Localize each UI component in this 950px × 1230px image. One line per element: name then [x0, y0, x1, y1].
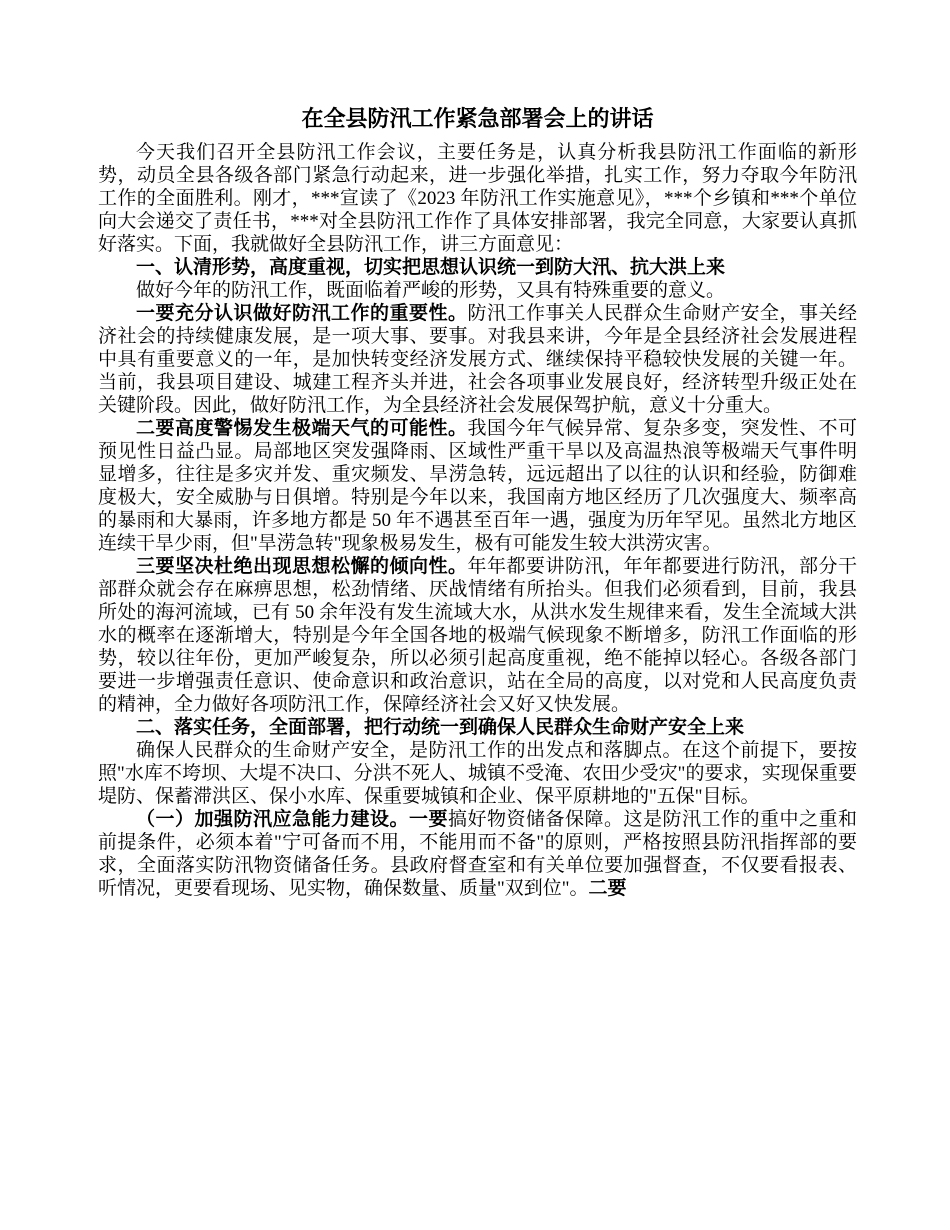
para-five-guarantees-text: 确保人民群众的生命财产安全，是防汛工作的出发点和落脚点。在这个前提下，要按照"水…	[98, 740, 857, 807]
para-opening-text: 今天我们召开全县防汛工作会议，主要任务是，认真分析我县防汛工作面临的新形势，动员…	[98, 142, 857, 255]
para-emergency-capacity-lead: （一）加强防汛应急能力建设。一要	[136, 809, 448, 830]
para-point-three-text: 年年都要讲防汛，年年都要进行防汛，部分干部群众就会存在麻痹思想，松劲情绪、厌战情…	[98, 556, 857, 715]
heading-section-two-text: 二、落实任务，全面部署，把行动统一到确保人民群众生命财产安全上来	[136, 717, 744, 738]
para-point-one-importance: 一要充分认识做好防汛工作的重要性。防汛工作事关人民群众生命财产安全，事关经济社会…	[98, 302, 857, 417]
para-significance: 做好今年的防汛工作，既面临着严峻的形势，又具有特殊重要的意义。	[98, 279, 857, 302]
heading-section-two: 二、落实任务，全面部署，把行动统一到确保人民群众生命财产安全上来	[98, 716, 857, 739]
para-point-three-slackness: 三要坚决杜绝出现思想松懈的倾向性。年年都要讲防汛，年年都要进行防汛，部分干部群众…	[98, 555, 857, 716]
document-title: 在全县防汛工作紧急部署会上的讲话	[98, 104, 857, 134]
para-emergency-capacity: （一）加强防汛应急能力建设。一要搞好物资储备保障。这是防汛工作的重中之重和前提条…	[98, 808, 857, 900]
para-significance-text: 做好今年的防汛工作，既面临着严峻的形势，又具有特殊重要的意义。	[136, 280, 725, 301]
heading-section-one-text: 一、认清形势，高度重视，切实把思想认识统一到防大汛、抗大洪上来	[136, 257, 725, 278]
para-point-one-lead: 一要充分认识做好防汛工作的重要性。	[136, 303, 468, 324]
document-page: 在全县防汛工作紧急部署会上的讲话 今天我们召开全县防汛工作会议，主要任务是，认真…	[0, 0, 950, 1230]
para-opening: 今天我们召开全县防汛工作会议，主要任务是，认真分析我县防汛工作面临的新形势，动员…	[98, 141, 857, 256]
para-emergency-capacity-trail: 二要	[589, 878, 627, 899]
para-point-two-lead: 二要高度警惕发生极端天气的可能性。	[136, 418, 468, 439]
para-five-guarantees: 确保人民群众的生命财产安全，是防汛工作的出发点和落脚点。在这个前提下，要按照"水…	[98, 739, 857, 808]
document-title-text: 在全县防汛工作紧急部署会上的讲话	[301, 106, 653, 131]
heading-section-one: 一、认清形势，高度重视，切实把思想认识统一到防大汛、抗大洪上来	[98, 256, 857, 279]
para-point-two-extreme-weather: 二要高度警惕发生极端天气的可能性。我国今年气候异常、复杂多变，突发性、不可预见性…	[98, 417, 857, 555]
para-point-three-lead: 三要坚决杜绝出现思想松懈的倾向性。	[136, 556, 468, 577]
